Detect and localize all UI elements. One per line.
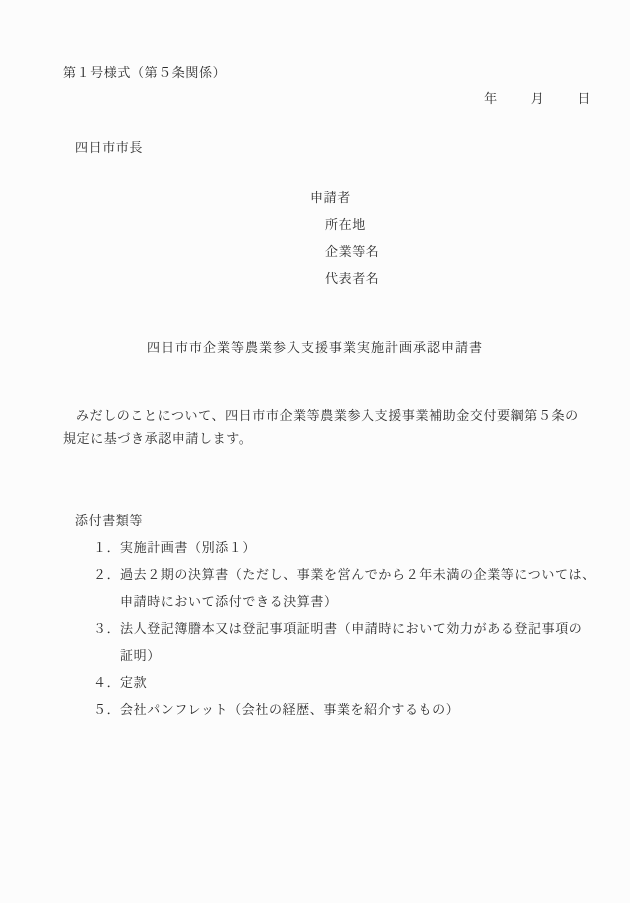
attachments-list: １． 実施計画書（別添１） ２． 過去２期の決算書（ただし、事業を営んでから２年… (93, 534, 603, 723)
attachment-item-4-text: 定款 (120, 669, 603, 696)
attachment-item-3-number: ３． (93, 615, 120, 669)
date-day-label: 日 (577, 85, 591, 112)
form-number: 第１号様式（第５条関係） (63, 59, 226, 86)
attachment-item-5: ５． 会社パンフレット（会社の経歴、事業を紹介するもの） (93, 696, 603, 723)
applicant-company-label: 企業等名 (325, 238, 379, 265)
document-page: 第１号様式（第５条関係） 年 月 日 四日市市長 申請者 所在地 企業等名 代表… (0, 0, 630, 903)
attachment-item-3-text: 法人登記簿謄本又は登記事項証明書（申請時において効力がある登記事項の 証明） (120, 615, 603, 669)
attachments-heading: 添付書類等 (75, 507, 143, 534)
applicant-representative-label: 代表者名 (325, 265, 379, 292)
applicant-address-label: 所在地 (325, 211, 379, 238)
attachment-item-1-text: 実施計画書（別添１） (120, 534, 603, 561)
attachment-item-1-number: １． (93, 534, 120, 561)
document-title: 四日市市企業等農業参入支援事業実施計画承認申請書 (0, 334, 630, 361)
date-line: 年 月 日 (484, 85, 591, 112)
attachment-item-2-text: 過去２期の決算書（ただし、事業を営んでから２年未満の企業等については、 申請時に… (120, 561, 603, 615)
attachment-item-4-number: ４． (93, 669, 120, 696)
body-paragraph: みだしのことについて、四日市市企業等農業参入支援事業補助金交付要綱第５条の 規定… (63, 404, 578, 450)
attachment-item-5-number: ５． (93, 696, 120, 723)
applicant-label: 申請者 (310, 184, 379, 211)
date-month-label: 月 (531, 85, 545, 112)
addressee: 四日市市長 (75, 134, 143, 161)
attachment-item-4: ４． 定款 (93, 669, 603, 696)
date-year-label: 年 (484, 85, 498, 112)
body-paragraph-line-1: みだしのことについて、四日市市企業等農業参入支援事業補助金交付要綱第５条の (63, 404, 578, 427)
body-paragraph-line-2: 規定に基づき承認申請します。 (63, 427, 578, 450)
attachment-item-1: １． 実施計画書（別添１） (93, 534, 603, 561)
attachment-item-2: ２． 過去２期の決算書（ただし、事業を営んでから２年未満の企業等については、 申… (93, 561, 603, 615)
attachment-item-5-text: 会社パンフレット（会社の経歴、事業を紹介するもの） (120, 696, 603, 723)
attachment-item-3: ３． 法人登記簿謄本又は登記事項証明書（申請時において効力がある登記事項の 証明… (93, 615, 603, 669)
applicant-block: 申請者 所在地 企業等名 代表者名 (310, 184, 379, 292)
attachment-item-2-number: ２． (93, 561, 120, 615)
